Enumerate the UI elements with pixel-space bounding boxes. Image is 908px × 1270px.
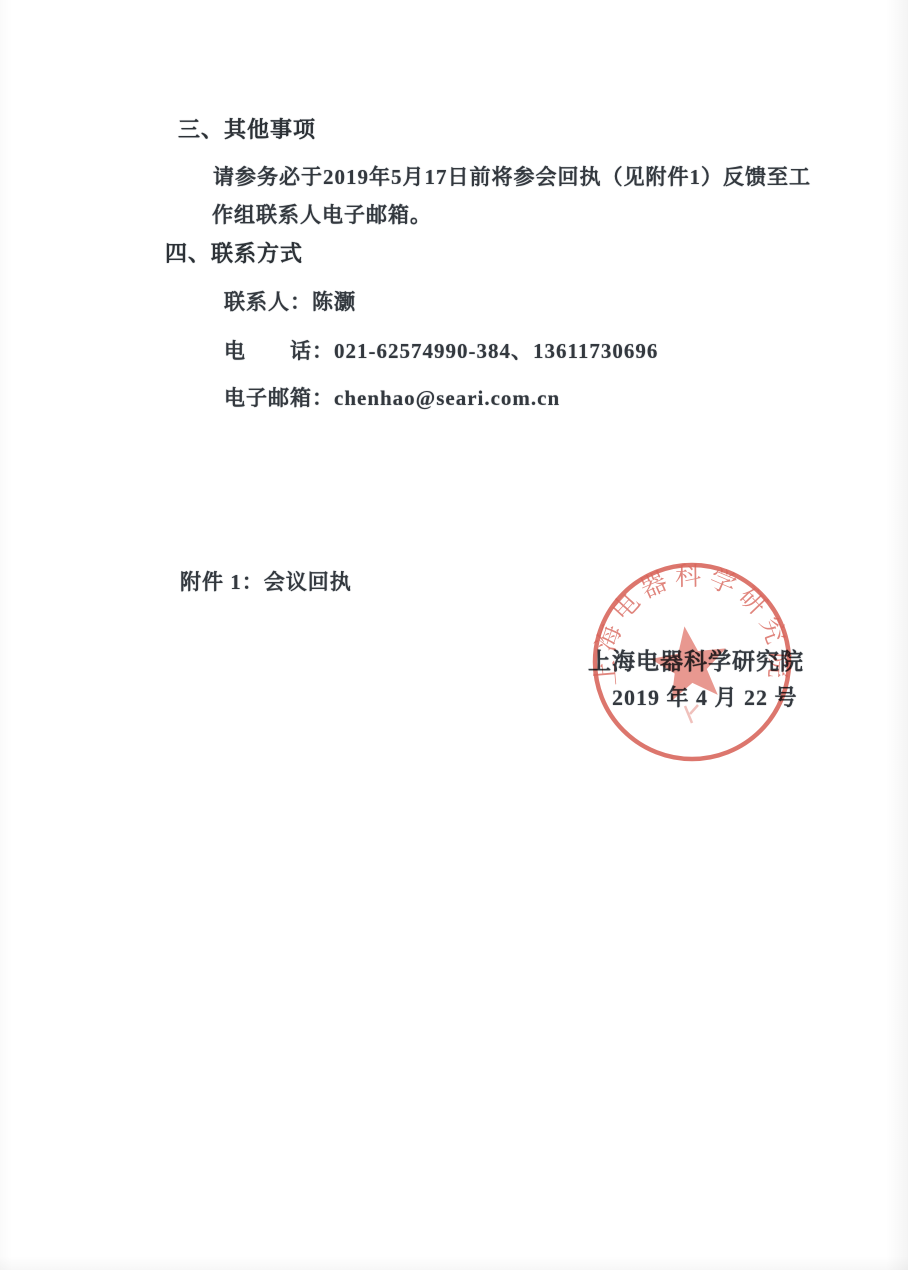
contact-email-line: 电子邮箱：chenhao@seari.com.cn: [224, 382, 560, 412]
paragraph-line-1: 请参务必于2019年5月17日前将参会回执（见附件1）反馈至工: [213, 161, 811, 191]
contact-phone-value: 021-62574990-384、13611730696: [334, 339, 658, 363]
contact-phone-line: 电 话：021-62574990-384、13611730696: [224, 335, 658, 365]
signature-date: 2019 年 4 月 22 号: [612, 681, 798, 712]
document-page: 三、其他事项 请参务必于2019年5月17日前将参会回执（见附件1）反馈至工 作…: [0, 0, 908, 1270]
paragraph-line-2: 作组联系人电子邮箱。: [212, 199, 432, 229]
contact-email-label: 电子邮箱：: [224, 386, 334, 410]
section-three-heading: 三、其他事项: [178, 113, 316, 144]
contact-email-value: chenhao@seari.com.cn: [334, 386, 560, 410]
signature-organization: 上海电器科学研究院: [588, 643, 804, 676]
contact-phone-label: 电 话：: [224, 339, 334, 363]
contact-person-value: 陈灏: [312, 290, 356, 314]
section-four-heading: 四、联系方式: [165, 237, 303, 268]
contact-person-label: 联系人：: [224, 290, 312, 314]
contact-person-line: 联系人：陈灏: [224, 286, 356, 316]
attachment-line: 附件 1：会议回执: [180, 566, 352, 596]
